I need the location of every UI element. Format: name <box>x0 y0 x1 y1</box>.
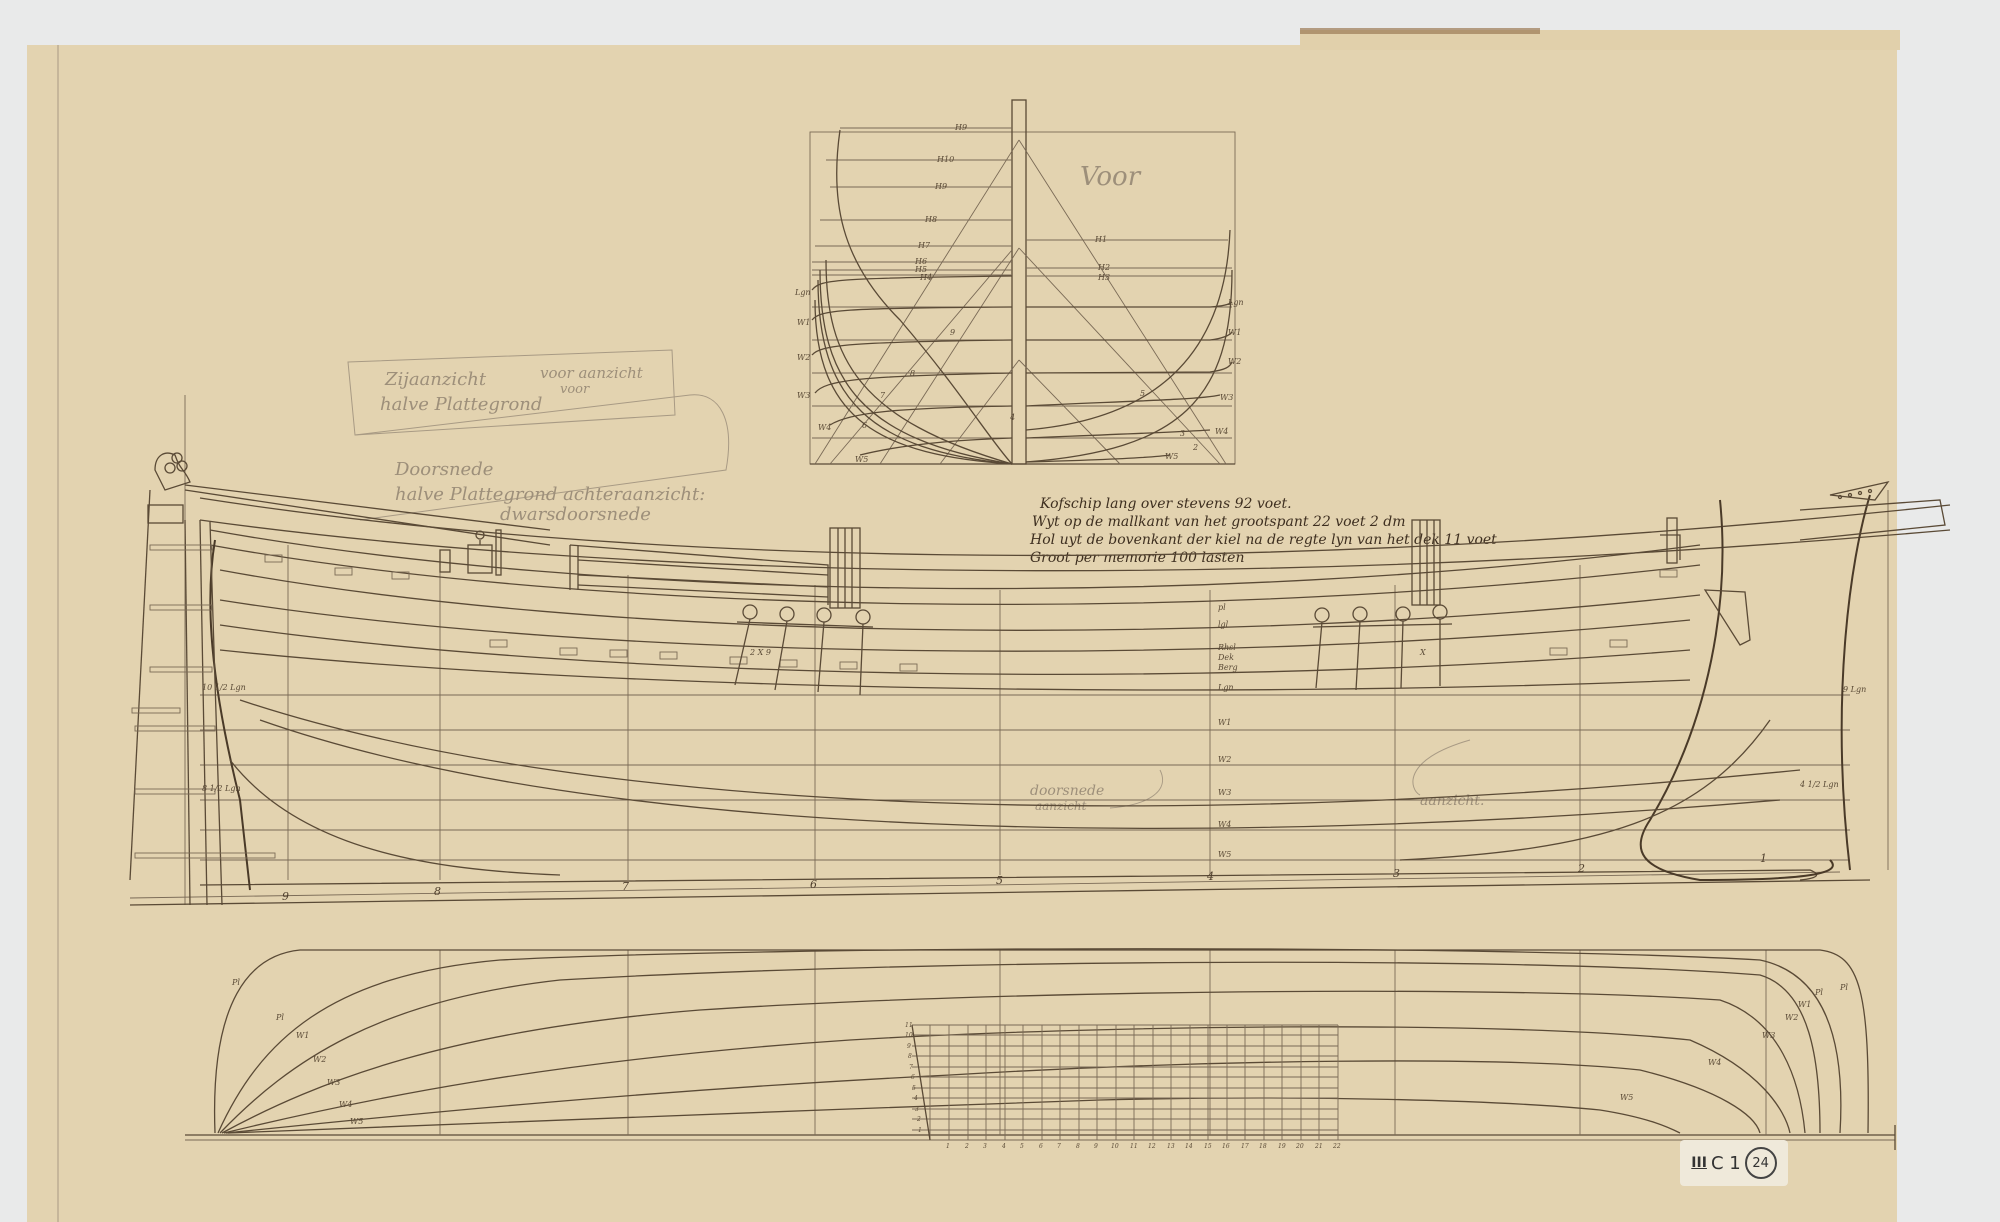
pencil-note1-bubble-line1: voor aanzicht <box>540 364 644 382</box>
body-plan-frame <box>810 132 1235 464</box>
hb-aft-label-w1: W1 <box>296 1031 309 1040</box>
body-wl-w3-left: W3 <box>797 391 810 400</box>
hb-fore-label-pl2: Pl <box>1839 983 1848 992</box>
hb-aft-label-w5: W5 <box>350 1117 363 1126</box>
body-wl-w4-right: W4 <box>1215 427 1228 436</box>
scale-diagonal <box>912 1025 930 1140</box>
svg-text:3: 3 <box>983 1143 987 1150</box>
svg-text:3: 3 <box>915 1106 919 1113</box>
body-label-h3: H3 <box>1097 273 1110 282</box>
scale-grid: 11 10 9 8 7 6 5 4 3 2 1 1 2 3 4 5 6 7 8 … <box>905 1022 1341 1150</box>
wl-berg: Berg <box>1217 663 1238 672</box>
diag-label-8: 8 <box>910 369 915 378</box>
svg-text:9: 9 <box>907 1043 911 1050</box>
svg-text:15: 15 <box>1204 1143 1212 1150</box>
midship-note-line1: doorsnede <box>1030 783 1104 799</box>
scale-vertical-ticks: 11 10 9 8 7 6 5 4 3 2 1 <box>905 1022 922 1134</box>
hb-fore-label-pl1: Pl <box>1814 988 1823 997</box>
station-4: 4 <box>1206 870 1214 883</box>
svg-text:22: 22 <box>1332 1143 1341 1150</box>
wl-rhsl: Rhsl <box>1217 643 1236 652</box>
body-wl-lgn-right: Lgn <box>1227 298 1244 307</box>
svg-text:11: 11 <box>1130 1143 1138 1150</box>
draft-mark-aft: 10 1/2 Lgn <box>202 683 246 692</box>
svg-text:7: 7 <box>1057 1143 1061 1150</box>
title-line-2: Wyt op de mallkant van het grootspant 22… <box>1032 514 1406 530</box>
svg-text:9: 9 <box>1094 1143 1098 1150</box>
half-breadth-curves <box>215 949 1869 1133</box>
svg-text:1: 1 <box>918 1127 922 1134</box>
pencil-note1-line2: halve Plattegrond <box>380 394 542 415</box>
wl-dek: Dek <box>1217 653 1234 662</box>
body-plan-pencil-note: Voor <box>1080 162 1142 192</box>
title-line-4: Groot per memorie 100 lasten <box>1030 550 1244 566</box>
body-wl-w5-left: W5 <box>855 455 868 464</box>
svg-text:6: 6 <box>1039 1143 1043 1150</box>
svg-text:5: 5 <box>1020 1143 1024 1150</box>
pencil-notes: Zijaanzicht halve Plattegrond voor aanzi… <box>348 350 1485 813</box>
body-plan-horizontals-left <box>812 128 1012 438</box>
body-label-h1: H1 <box>1094 235 1107 244</box>
hb-fore-label-w2: W2 <box>1785 1013 1798 1022</box>
body-wl-w4-left: W4 <box>818 423 831 432</box>
draft-mark-fore-lower: 4 1/2 Lgn <box>1799 780 1839 789</box>
hb-fore-label-w4: W4 <box>1708 1058 1721 1067</box>
hb-fore-label-w1: W1 <box>1798 1000 1811 1009</box>
body-plan-waterlines-left <box>812 276 1012 455</box>
station-7: 7 <box>622 880 629 893</box>
bilge-curves <box>230 700 1800 875</box>
scale-grid-horizontal <box>912 1025 1338 1130</box>
chain-mark-fore: X <box>1419 648 1426 657</box>
svg-text:14: 14 <box>1185 1143 1193 1150</box>
hb-fore-label-w5: W5 <box>1620 1093 1633 1102</box>
body-plan-centerline-post <box>1012 100 1026 464</box>
stern-structure <box>130 453 550 905</box>
svg-text:4: 4 <box>913 1095 918 1102</box>
station-3: 3 <box>1393 867 1400 880</box>
hb-aft-label-w4: W4 <box>339 1100 352 1109</box>
draft-mark-fore: 9 Lgn <box>1843 685 1866 694</box>
body-label-h7: H7 <box>917 241 931 250</box>
svg-text:8: 8 <box>908 1053 912 1060</box>
body-label-h2: H2 <box>1097 263 1110 272</box>
body-label-h4: H4 <box>919 273 932 282</box>
keel-line-inner <box>130 872 1840 898</box>
right-note-bubble <box>1413 740 1470 795</box>
diag-label-9: 9 <box>950 328 955 337</box>
station-8: 8 <box>434 885 441 898</box>
hb-aft-label-pl1: Pl <box>231 978 240 987</box>
deckhouse <box>570 545 828 605</box>
scale-horizontal-ticks: 1 2 3 4 5 6 7 8 9 10 11 12 13 14 15 16 1… <box>946 1143 1341 1150</box>
body-wl-w2-left: W2 <box>797 353 810 362</box>
svg-text:21: 21 <box>1314 1143 1323 1150</box>
station-1: 1 <box>1760 852 1767 865</box>
pencil-note2-line1: Doorsnede <box>394 459 493 480</box>
pencil-note-box-1 <box>348 350 675 435</box>
svg-text:4: 4 <box>1001 1143 1006 1150</box>
pencil-note2-line3: dwarsdoorsnede <box>500 504 651 525</box>
wl-w5: W5 <box>1218 850 1231 859</box>
wl-pl: pl <box>1218 603 1226 612</box>
pencil-note2-line2: halve Plattegrond achteraanzicht: <box>395 484 705 505</box>
catalog-roman: III <box>1691 1155 1707 1171</box>
diag-label-3: 3 <box>1180 429 1185 438</box>
wl-lgl: lgl <box>1218 620 1229 629</box>
body-wl-w1-left: W1 <box>797 318 810 327</box>
body-plan: H9 H10 H9 H8 H7 H6 H5 H4 H1 H2 H3 Lgn W1… <box>794 100 1244 464</box>
svg-text:18: 18 <box>1259 1143 1267 1150</box>
hb-aft-label-w2: W2 <box>313 1055 326 1064</box>
midship-note-bubble <box>1110 770 1163 808</box>
body-label-h9a: H9 <box>954 123 967 132</box>
catalog-label: III C 1 24 <box>1680 1140 1788 1186</box>
svg-text:16: 16 <box>1222 1143 1230 1150</box>
body-wl-w3-right: W3 <box>1220 393 1233 402</box>
body-plan-frames-right <box>1026 230 1232 462</box>
svg-text:8: 8 <box>1076 1143 1080 1150</box>
svg-text:1: 1 <box>946 1143 950 1150</box>
catalog-number: 24 <box>1745 1147 1777 1179</box>
station-2: 2 <box>1577 862 1585 875</box>
body-wl-lgn-left: Lgn <box>794 288 811 297</box>
ship-plan-drawing: H9 H10 H9 H8 H7 H6 H5 H4 H1 H2 H3 Lgn W1… <box>0 0 2000 1222</box>
draft-mark-aft-lower: 8 1/2 Lgn <box>202 784 241 793</box>
body-wl-w2-right: W2 <box>1228 357 1241 366</box>
scale-grid-vertical <box>930 1025 1338 1140</box>
title-line-1: Kofschip lang over stevens 92 voet. <box>1039 496 1292 512</box>
bow-structure <box>1660 482 1945 645</box>
svg-text:5: 5 <box>912 1085 916 1092</box>
svg-text:20: 20 <box>1295 1143 1304 1150</box>
svg-text:2: 2 <box>964 1143 969 1150</box>
svg-text:13: 13 <box>1167 1143 1175 1150</box>
station-9: 9 <box>282 890 289 903</box>
svg-text:6: 6 <box>911 1074 915 1081</box>
diag-label-6: 6 <box>862 421 867 430</box>
pencil-note1-line1: Zijaanzicht <box>384 369 487 390</box>
body-label-h9b: H9 <box>934 182 947 191</box>
svg-text:12: 12 <box>1148 1143 1156 1150</box>
body-plan-frames-left <box>815 130 1012 464</box>
diag-label-2: 2 <box>1192 443 1198 452</box>
chain-mark-main: 2 X 9 <box>749 648 771 657</box>
svg-text:2: 2 <box>916 1116 921 1123</box>
half-breadth-plan: Pl Pl W1 W2 W3 W4 W5 W5 W4 W3 W2 W1 Pl P… <box>185 949 1895 1150</box>
body-wl-w1-right: W1 <box>1228 328 1241 337</box>
wl-w1: W1 <box>1218 718 1231 727</box>
wl-w4: W4 <box>1218 820 1231 829</box>
keel-bottom <box>200 870 1817 885</box>
wl-w2: W2 <box>1218 755 1231 764</box>
svg-text:17: 17 <box>1241 1143 1249 1150</box>
body-label-h10: H10 <box>936 155 954 164</box>
svg-text:19: 19 <box>1278 1143 1286 1150</box>
wl-w3: W3 <box>1218 788 1231 797</box>
hb-aft-label-pl2: Pl <box>275 1013 284 1022</box>
diag-label-4: 4 <box>1009 413 1015 422</box>
hb-aft-label-w3: W3 <box>327 1078 340 1087</box>
body-label-h8: H8 <box>924 215 937 224</box>
station-5: 5 <box>996 874 1003 887</box>
svg-text:11: 11 <box>905 1022 913 1029</box>
svg-text:7: 7 <box>909 1064 913 1071</box>
hb-fore-label-w3: W3 <box>1762 1031 1775 1040</box>
svg-text:10: 10 <box>905 1032 913 1039</box>
sheer-waterlines <box>200 695 1850 860</box>
wl-lgn: Lgn <box>1217 683 1234 692</box>
pencil-note1-bubble-line2: voor <box>560 382 590 397</box>
diag-label-5: 5 <box>1140 389 1145 398</box>
body-wl-w5-right: W5 <box>1165 452 1178 461</box>
catalog-series: C 1 <box>1711 1153 1741 1174</box>
station-6: 6 <box>810 878 817 891</box>
svg-text:10: 10 <box>1111 1143 1119 1150</box>
